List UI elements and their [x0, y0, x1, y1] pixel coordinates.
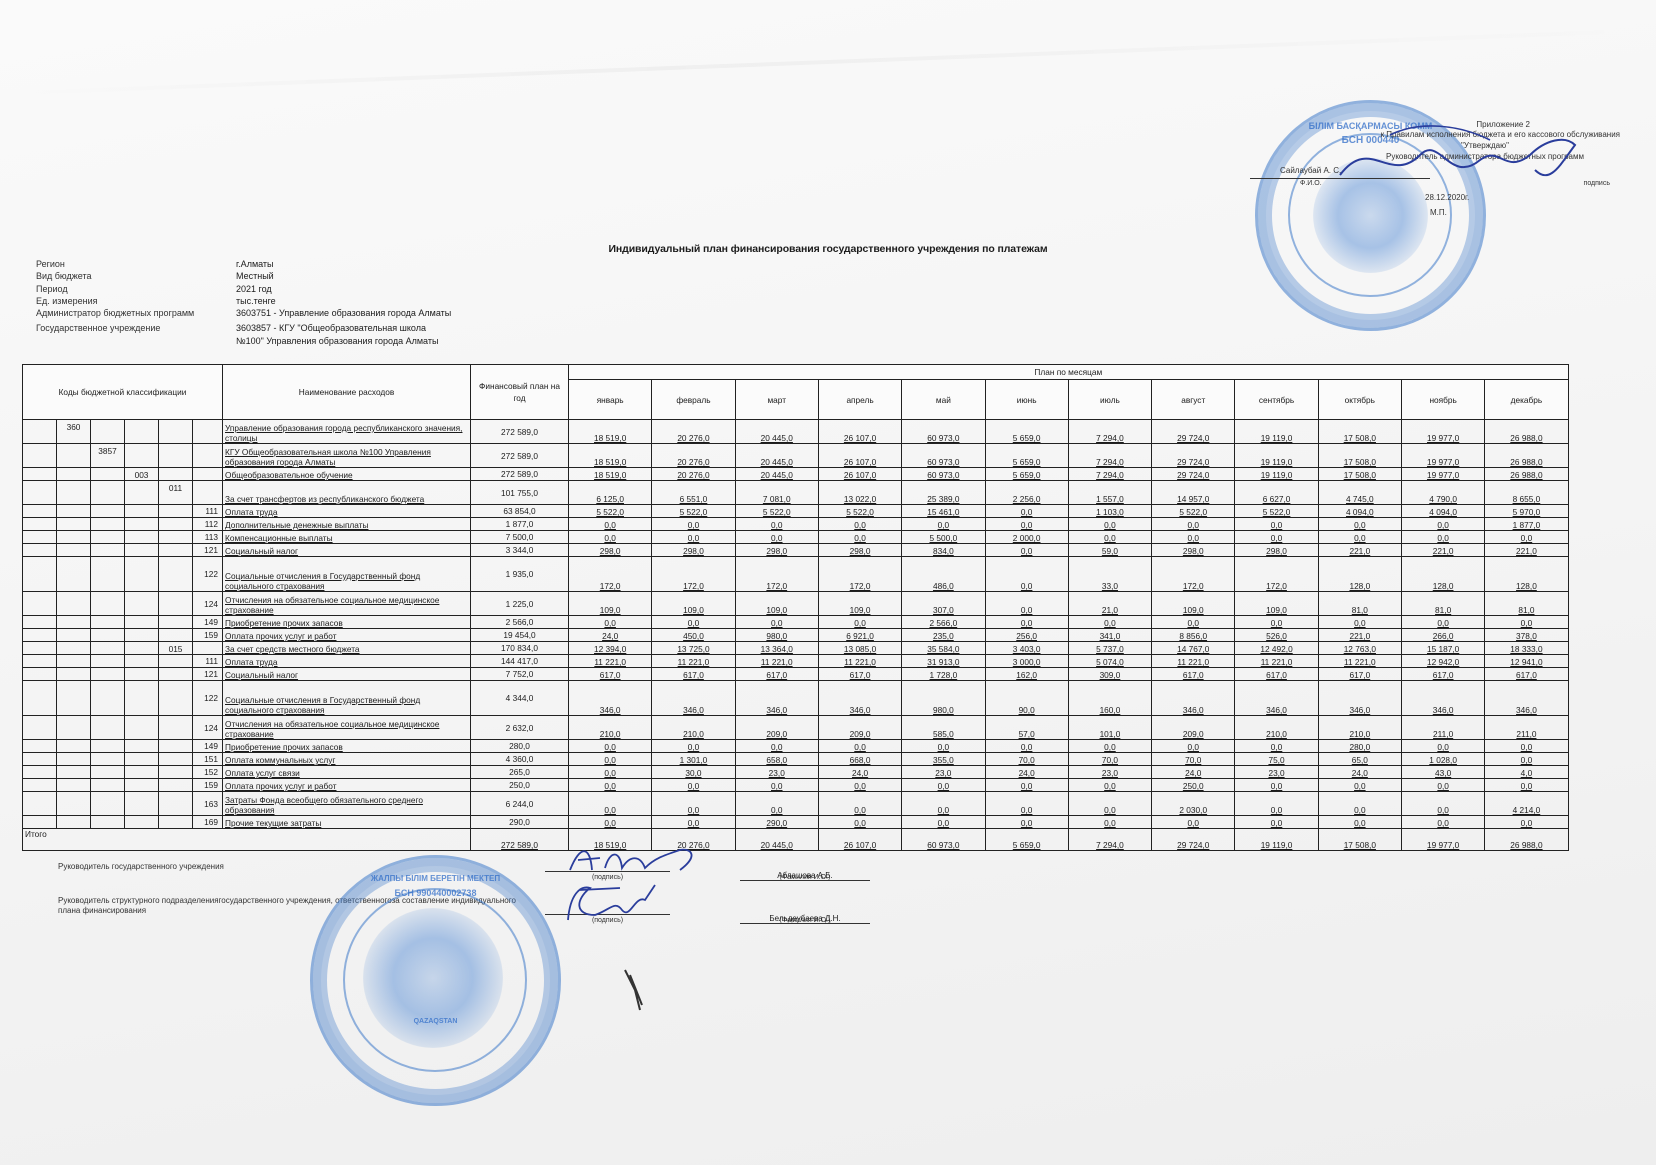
month-value: 0,0 — [1235, 740, 1318, 753]
month-value: 11 221,0 — [818, 655, 901, 668]
code-specifics: 122 — [193, 681, 223, 716]
annual-plan-value: 4 344,0 — [471, 681, 569, 716]
code-admin — [57, 531, 91, 544]
code-admin — [57, 792, 91, 816]
code-admin — [57, 481, 91, 505]
code-program — [125, 531, 159, 544]
code-subprogram — [159, 766, 193, 779]
expense-name: Оплата прочих услуг и работ — [223, 629, 471, 642]
code-admin — [57, 557, 91, 592]
month-value: 11 221,0 — [735, 655, 818, 668]
month-value: 26 988,0 — [1485, 420, 1568, 444]
code-subprogram — [159, 740, 193, 753]
month-value: 59,0 — [1068, 544, 1151, 557]
approval-mp: М.П. — [1430, 208, 1620, 217]
month-value: 11 221,0 — [652, 655, 735, 668]
code-program — [125, 481, 159, 505]
month-value: 0,0 — [985, 816, 1068, 829]
month-value: 250,0 — [1152, 779, 1235, 792]
code-admin — [57, 668, 91, 681]
month-value: 172,0 — [569, 557, 652, 592]
annual-plan-value: 4 360,0 — [471, 753, 569, 766]
total-month-value: 19 119,0 — [1235, 829, 1318, 851]
month-value: 35 584,0 — [902, 642, 985, 655]
month-value: 18 333,0 — [1485, 642, 1568, 655]
month-value: 0,0 — [1152, 816, 1235, 829]
total-month-value: 26 107,0 — [818, 829, 901, 851]
code-specifics — [193, 481, 223, 505]
month-value: 0,0 — [1068, 792, 1151, 816]
annual-plan-value: 265,0 — [471, 766, 569, 779]
month-value: 0,0 — [1235, 531, 1318, 544]
code-specifics: 152 — [193, 766, 223, 779]
annual-plan-value: 2 566,0 — [471, 616, 569, 629]
month-value: 668,0 — [818, 753, 901, 766]
month-value: 235,0 — [902, 629, 985, 642]
code-specifics: 169 — [193, 816, 223, 829]
month-value: 3 403,0 — [985, 642, 1068, 655]
total-month-value: 29 724,0 — [1152, 829, 1235, 851]
code-admin — [57, 655, 91, 668]
month-value: 0,0 — [652, 740, 735, 753]
month-value: 0,0 — [1485, 779, 1568, 792]
month-value: 24,0 — [569, 629, 652, 642]
month-value: 70,0 — [1068, 753, 1151, 766]
month-value: 0,0 — [985, 792, 1068, 816]
ink-marks — [620, 965, 650, 1025]
month-value: 210,0 — [1318, 716, 1401, 740]
month-value: 266,0 — [1401, 629, 1484, 642]
table-row: 152Оплата услуг связи265,00,030,023,024,… — [23, 766, 1569, 779]
code-subprogram — [159, 616, 193, 629]
month-value: 298,0 — [818, 544, 901, 557]
month-value: 1 028,0 — [1401, 753, 1484, 766]
code-institution — [91, 816, 125, 829]
month-value: 11 221,0 — [569, 655, 652, 668]
month-value: 26 988,0 — [1485, 444, 1568, 468]
code-admin — [57, 616, 91, 629]
table-row: 159Оплата прочих услуг и работ19 454,024… — [23, 629, 1569, 642]
month-value: 0,0 — [902, 816, 985, 829]
code-program — [125, 668, 159, 681]
month-value: 0,0 — [818, 792, 901, 816]
month-value: 0,0 — [1152, 740, 1235, 753]
month-value: 12 763,0 — [1318, 642, 1401, 655]
code-program — [125, 629, 159, 642]
month-value: 0,0 — [569, 531, 652, 544]
code-institution — [91, 792, 125, 816]
code-admin — [57, 544, 91, 557]
code-specifics: 111 — [193, 655, 223, 668]
month-value: 109,0 — [652, 592, 735, 616]
month-value: 24,0 — [818, 766, 901, 779]
code-blank — [23, 792, 57, 816]
month-value: 346,0 — [1235, 681, 1318, 716]
month-value: 0,0 — [985, 779, 1068, 792]
expense-name: Социальные отчисления в Государственный … — [223, 557, 471, 592]
code-subprogram — [159, 716, 193, 740]
month-value: 60 973,0 — [902, 468, 985, 481]
month-value: 14 957,0 — [1152, 481, 1235, 505]
code-blank — [23, 531, 57, 544]
code-subprogram — [159, 792, 193, 816]
meta-label: Государственное учреждение — [36, 322, 236, 334]
month-value: 0,0 — [569, 766, 652, 779]
code-blank — [23, 779, 57, 792]
meta-value: 2021 год — [236, 283, 536, 295]
header-annual: Финансовый план на год — [471, 365, 569, 420]
meta-value: 3603751 - Управление образования города … — [236, 307, 536, 319]
month-value: 4 790,0 — [1401, 481, 1484, 505]
expense-name: За счет трансфертов из республиканского … — [223, 481, 471, 505]
month-value: 4 094,0 — [1318, 505, 1401, 518]
annual-plan-value: 272 589,0 — [471, 468, 569, 481]
code-admin — [57, 753, 91, 766]
code-specifics: 159 — [193, 779, 223, 792]
month-value: 0,0 — [1068, 518, 1151, 531]
month-value: 617,0 — [1235, 668, 1318, 681]
month-value: 128,0 — [1485, 557, 1568, 592]
month-value: 23,0 — [902, 766, 985, 779]
month-value: 209,0 — [1152, 716, 1235, 740]
table-row: 111Оплата труда63 854,05 522,05 522,05 5… — [23, 505, 1569, 518]
table-row: 163Затраты Фонда всеобщего обязательного… — [23, 792, 1569, 816]
month-value: 0,0 — [1401, 816, 1484, 829]
month-value: 5 522,0 — [569, 505, 652, 518]
code-admin — [57, 444, 91, 468]
month-value: 11 221,0 — [1235, 655, 1318, 668]
month-value: 24,0 — [985, 766, 1068, 779]
month-value: 21,0 — [1068, 592, 1151, 616]
month-value: 0,0 — [735, 792, 818, 816]
annual-plan-value: 250,0 — [471, 779, 569, 792]
month-value: 0,0 — [902, 740, 985, 753]
month-value: 0,0 — [1068, 779, 1151, 792]
code-institution — [91, 531, 125, 544]
header-month: июль — [1068, 380, 1151, 420]
month-value: 11 221,0 — [1152, 655, 1235, 668]
month-value: 309,0 — [1068, 668, 1151, 681]
meta-value: тыс.тенге — [236, 295, 536, 307]
month-value: 172,0 — [652, 557, 735, 592]
month-value: 0,0 — [652, 531, 735, 544]
total-month-value: 60 973,0 — [902, 829, 985, 851]
annual-plan-value: 7 500,0 — [471, 531, 569, 544]
code-subprogram: 015 — [159, 642, 193, 655]
total-month-value: 5 659,0 — [985, 829, 1068, 851]
month-value: 0,0 — [1068, 531, 1151, 544]
month-value: 2 000,0 — [985, 531, 1068, 544]
month-value: 101,0 — [1068, 716, 1151, 740]
month-value: 0,0 — [1068, 616, 1151, 629]
expense-name: За счет средств местного бюджета — [223, 642, 471, 655]
month-value: 23,0 — [1235, 766, 1318, 779]
month-value: 8 655,0 — [1485, 481, 1568, 505]
total-annual: 272 589,0 — [471, 829, 569, 851]
month-value: 172,0 — [1235, 557, 1318, 592]
month-value: 0,0 — [985, 505, 1068, 518]
month-value: 109,0 — [569, 592, 652, 616]
month-value: 526,0 — [1235, 629, 1318, 642]
meta-label: Период — [36, 283, 236, 295]
annual-plan-value: 290,0 — [471, 816, 569, 829]
table-row: 124Отчисления на обязательное социальное… — [23, 716, 1569, 740]
month-value: 12 941,0 — [1485, 655, 1568, 668]
code-specifics: 159 — [193, 629, 223, 642]
code-specifics: 124 — [193, 716, 223, 740]
code-blank — [23, 740, 57, 753]
month-value: 109,0 — [1235, 592, 1318, 616]
code-admin — [57, 518, 91, 531]
code-specifics: 149 — [193, 740, 223, 753]
code-subprogram — [159, 779, 193, 792]
code-admin — [57, 629, 91, 642]
month-value: 0,0 — [1235, 816, 1318, 829]
total-month-value: 26 988,0 — [1485, 829, 1568, 851]
code-program — [125, 779, 159, 792]
month-value: 0,0 — [1485, 740, 1568, 753]
annual-plan-value: 272 589,0 — [471, 420, 569, 444]
month-value: 18 519,0 — [569, 420, 652, 444]
head-signature — [560, 840, 710, 880]
code-admin — [57, 681, 91, 716]
month-value: 7 294,0 — [1068, 420, 1151, 444]
code-program — [125, 716, 159, 740]
code-institution — [91, 740, 125, 753]
table-row: 124Отчисления на обязательное социальное… — [23, 592, 1569, 616]
meta-value: г.Алматы — [236, 258, 536, 270]
code-specifics — [193, 420, 223, 444]
month-value: 19 977,0 — [1401, 420, 1484, 444]
code-institution — [91, 505, 125, 518]
table-row: 121Социальный налог3 344,0298,0298,0298,… — [23, 544, 1569, 557]
code-blank — [23, 592, 57, 616]
month-value: 0,0 — [818, 740, 901, 753]
month-value: 5 659,0 — [985, 420, 1068, 444]
scan-fold-shadow — [1, 28, 1656, 96]
code-institution — [91, 616, 125, 629]
month-value: 2 566,0 — [902, 616, 985, 629]
month-value: 26 107,0 — [818, 420, 901, 444]
month-value: 0,0 — [985, 616, 1068, 629]
code-program — [125, 740, 159, 753]
total-label: Итого — [23, 829, 471, 851]
meta-label: Регион — [36, 258, 236, 270]
month-value: 109,0 — [1152, 592, 1235, 616]
month-value: 298,0 — [569, 544, 652, 557]
meta-value-cont: №100" Управления образования города Алма… — [236, 335, 536, 347]
code-subprogram — [159, 505, 193, 518]
scanned-document: БІЛІМ БАСҚАРМАСЫ КОММ БСН 000440 Приложе… — [0, 0, 1656, 1165]
month-value: 17 508,0 — [1318, 468, 1401, 481]
month-value: 0,0 — [735, 531, 818, 544]
code-institution — [91, 642, 125, 655]
month-value: 346,0 — [818, 681, 901, 716]
month-value: 7 294,0 — [1068, 444, 1151, 468]
month-value: 5 522,0 — [1152, 505, 1235, 518]
code-institution — [91, 544, 125, 557]
code-specifics: 124 — [193, 592, 223, 616]
annual-plan-value: 1 877,0 — [471, 518, 569, 531]
month-value: 0,0 — [1235, 779, 1318, 792]
month-value: 5 522,0 — [1235, 505, 1318, 518]
month-value: 0,0 — [569, 740, 652, 753]
code-program — [125, 420, 159, 444]
month-value: 0,0 — [652, 792, 735, 816]
month-value: 24,0 — [1152, 766, 1235, 779]
month-value: 450,0 — [652, 629, 735, 642]
month-value: 15 461,0 — [902, 505, 985, 518]
month-value: 0,0 — [1485, 531, 1568, 544]
month-value: 172,0 — [1152, 557, 1235, 592]
month-value: 160,0 — [1068, 681, 1151, 716]
month-value: 26 107,0 — [818, 468, 901, 481]
month-value: 5 522,0 — [735, 505, 818, 518]
month-value: 13 022,0 — [818, 481, 901, 505]
table-row: 122Социальные отчисления в Государственн… — [23, 557, 1569, 592]
header-month: май — [902, 380, 985, 420]
code-institution: 3857 — [91, 444, 125, 468]
month-value: 0,0 — [985, 557, 1068, 592]
month-value: 209,0 — [735, 716, 818, 740]
code-subprogram — [159, 629, 193, 642]
month-value: 81,0 — [1318, 592, 1401, 616]
code-admin — [57, 592, 91, 616]
code-specifics: 151 — [193, 753, 223, 766]
code-subprogram — [159, 753, 193, 766]
table-row: 015За счет средств местного бюджета170 8… — [23, 642, 1569, 655]
stamp-bottom: ЖАЛПЫ БІЛІМ БЕРЕТІН МЕКТЕП БСН 990440002… — [310, 855, 561, 1106]
code-admin — [57, 816, 91, 829]
code-institution — [91, 592, 125, 616]
month-value: 0,0 — [1152, 518, 1235, 531]
month-value: 0,0 — [1235, 792, 1318, 816]
month-value: 1 877,0 — [1485, 518, 1568, 531]
month-value: 0,0 — [1401, 531, 1484, 544]
month-value: 0,0 — [902, 779, 985, 792]
stamp-emblem-label: QAZAQSTAN — [313, 1018, 558, 1025]
code-admin — [57, 505, 91, 518]
code-program — [125, 816, 159, 829]
code-blank — [23, 468, 57, 481]
month-value: 19 119,0 — [1235, 444, 1318, 468]
code-subprogram — [159, 544, 193, 557]
code-blank — [23, 629, 57, 642]
code-blank — [23, 505, 57, 518]
month-value: 0,0 — [652, 616, 735, 629]
month-value: 0,0 — [818, 816, 901, 829]
code-subprogram — [159, 444, 193, 468]
month-value: 0,0 — [1318, 816, 1401, 829]
header-month: январь — [569, 380, 652, 420]
month-value: 0,0 — [818, 518, 901, 531]
month-value: 378,0 — [1485, 629, 1568, 642]
code-blank — [23, 616, 57, 629]
month-value: 307,0 — [902, 592, 985, 616]
month-value: 0,0 — [1401, 792, 1484, 816]
month-value: 5 500,0 — [902, 531, 985, 544]
code-admin: 360 — [57, 420, 91, 444]
month-value: 0,0 — [735, 779, 818, 792]
document-meta: Регионг.Алматы Вид бюджетаМестный Период… — [36, 258, 536, 347]
month-value: 0,0 — [1068, 740, 1151, 753]
month-value: 12 942,0 — [1401, 655, 1484, 668]
month-value: 617,0 — [1152, 668, 1235, 681]
month-value: 0,0 — [1318, 792, 1401, 816]
month-value: 211,0 — [1401, 716, 1484, 740]
month-value: 18 519,0 — [569, 468, 652, 481]
month-value: 1 103,0 — [1068, 505, 1151, 518]
code-blank — [23, 481, 57, 505]
month-value: 13 725,0 — [652, 642, 735, 655]
month-value: 298,0 — [1152, 544, 1235, 557]
annual-plan-value: 6 244,0 — [471, 792, 569, 816]
month-value: 75,0 — [1235, 753, 1318, 766]
month-value: 26 988,0 — [1485, 468, 1568, 481]
month-value: 81,0 — [1401, 592, 1484, 616]
code-program — [125, 766, 159, 779]
expense-name: Прочие текущие затраты — [223, 816, 471, 829]
month-value: 19 119,0 — [1235, 468, 1318, 481]
month-value: 14 767,0 — [1152, 642, 1235, 655]
code-subprogram: 011 — [159, 481, 193, 505]
expense-name: Оплата услуг связи — [223, 766, 471, 779]
month-value: 23,0 — [735, 766, 818, 779]
month-value: 23,0 — [1068, 766, 1151, 779]
month-value: 0,0 — [1401, 616, 1484, 629]
month-value: 60 973,0 — [902, 420, 985, 444]
month-value: 210,0 — [569, 716, 652, 740]
meta-label: Администратор бюджетных программ — [36, 307, 236, 319]
code-program — [125, 655, 159, 668]
month-value: 15 187,0 — [1401, 642, 1484, 655]
month-value: 30,0 — [652, 766, 735, 779]
month-value: 172,0 — [735, 557, 818, 592]
month-value: 658,0 — [735, 753, 818, 766]
table-row: 360Управление образования города республ… — [23, 420, 1569, 444]
month-value: 20 276,0 — [652, 444, 735, 468]
code-specifics: 121 — [193, 668, 223, 681]
code-specifics: 112 — [193, 518, 223, 531]
code-subprogram — [159, 816, 193, 829]
code-subprogram — [159, 681, 193, 716]
month-value: 65,0 — [1318, 753, 1401, 766]
month-value: 0,0 — [1152, 531, 1235, 544]
month-value: 70,0 — [985, 753, 1068, 766]
month-value: 617,0 — [818, 668, 901, 681]
expense-name: Оплата коммунальных услуг — [223, 753, 471, 766]
code-blank — [23, 716, 57, 740]
month-value: 128,0 — [1318, 557, 1401, 592]
code-blank — [23, 420, 57, 444]
month-value: 346,0 — [735, 681, 818, 716]
month-value: 2 030,0 — [1152, 792, 1235, 816]
month-value: 5 737,0 — [1068, 642, 1151, 655]
code-subprogram — [159, 468, 193, 481]
expense-name: Оплата труда — [223, 655, 471, 668]
annual-plan-value: 170 834,0 — [471, 642, 569, 655]
code-specifics: 113 — [193, 531, 223, 544]
table-row: 112Дополнительные денежные выплаты1 877,… — [23, 518, 1569, 531]
month-value: 617,0 — [735, 668, 818, 681]
expense-name: Приобретение прочих запасов — [223, 740, 471, 753]
month-value: 57,0 — [985, 716, 1068, 740]
annual-plan-value: 1 935,0 — [471, 557, 569, 592]
code-program — [125, 681, 159, 716]
code-institution — [91, 481, 125, 505]
month-value: 17 508,0 — [1318, 420, 1401, 444]
code-subprogram — [159, 420, 193, 444]
